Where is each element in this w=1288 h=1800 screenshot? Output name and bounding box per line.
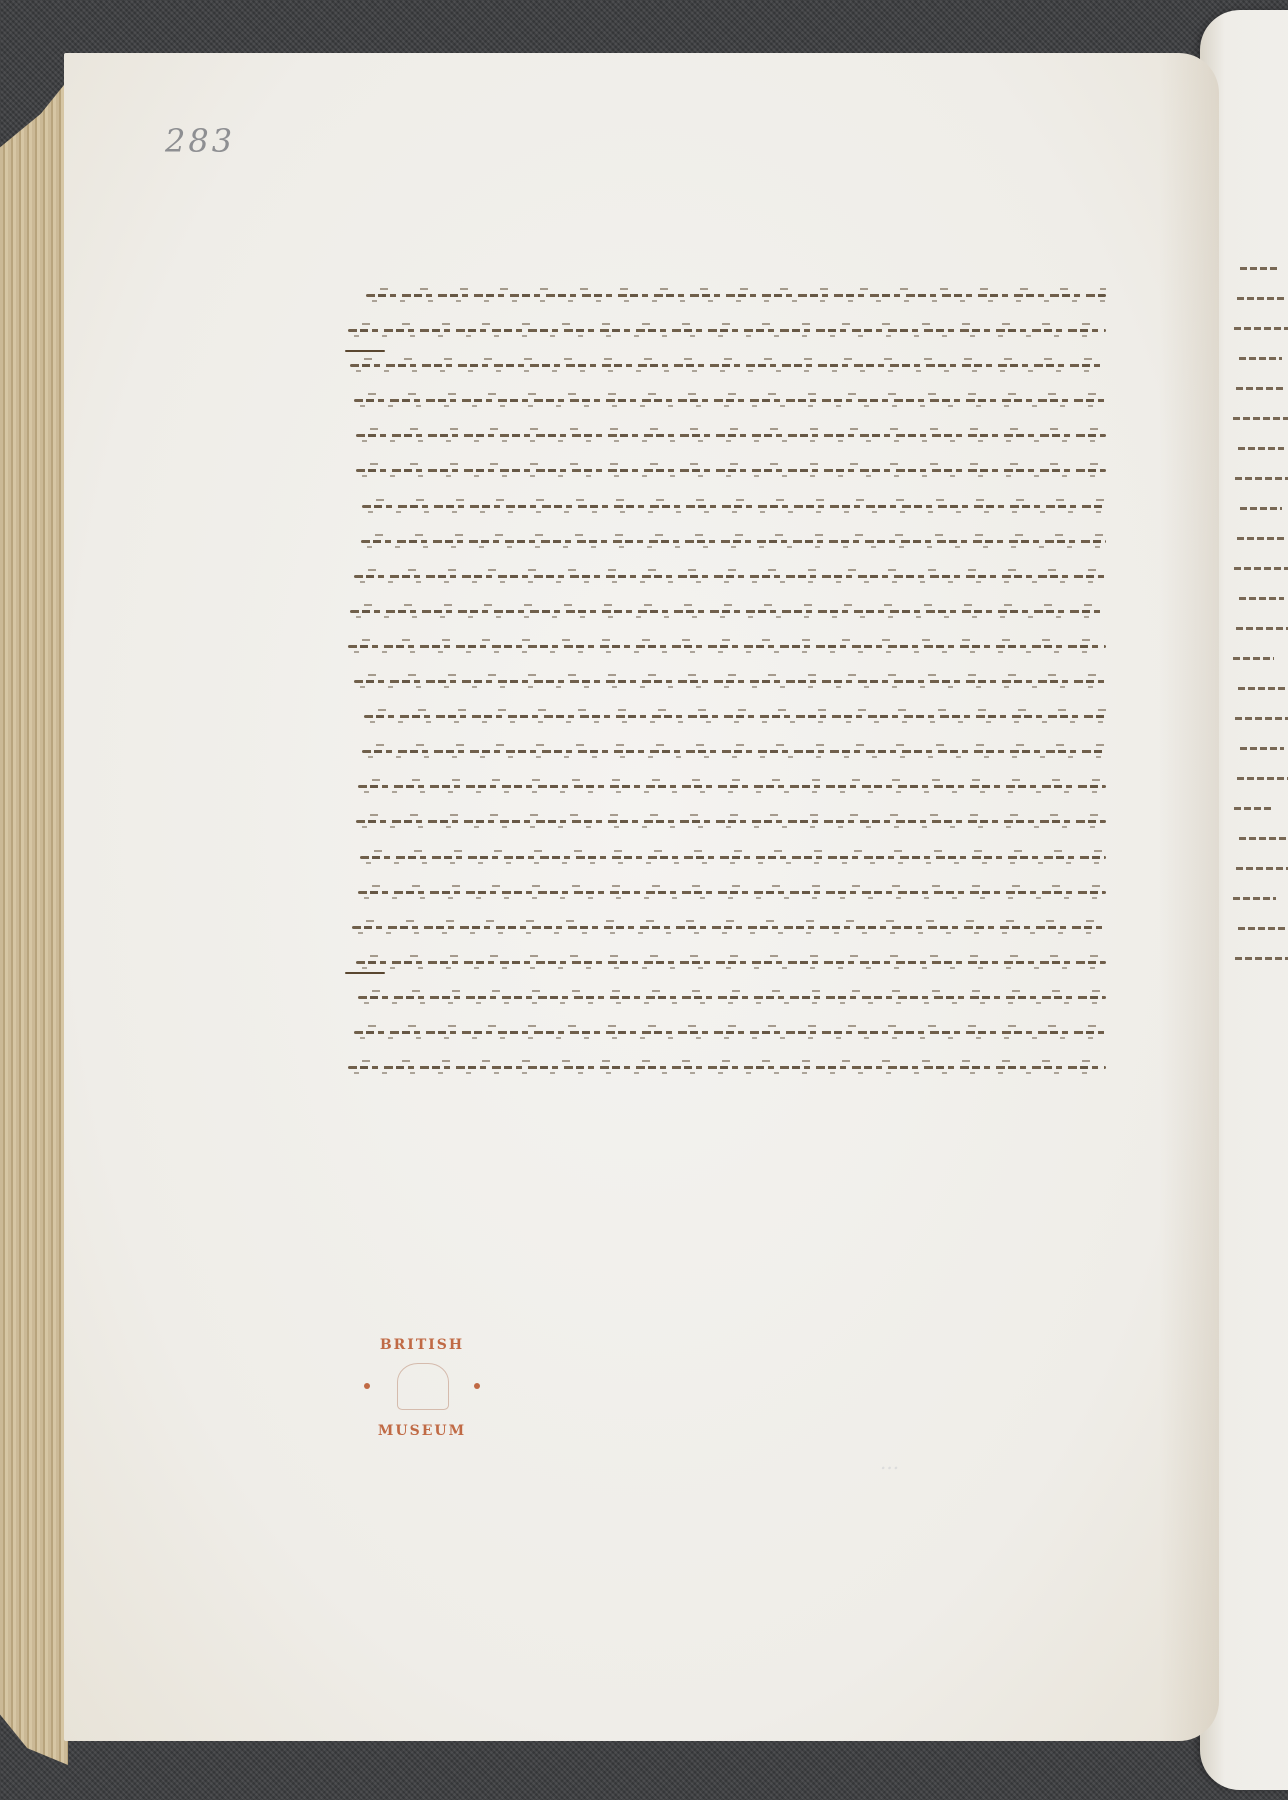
manuscript-line <box>348 420 1106 454</box>
facing-line <box>1230 765 1288 795</box>
manuscript-line <box>348 315 1106 349</box>
handwritten-text <box>1240 507 1282 510</box>
handwritten-text <box>1233 657 1274 660</box>
handwritten-text <box>361 540 1106 543</box>
manuscript-line <box>348 912 1106 946</box>
manuscript-line <box>348 491 1106 525</box>
manuscript-line <box>348 385 1106 419</box>
handwritten-text <box>1234 567 1288 570</box>
facing-line <box>1230 945 1288 975</box>
handwritten-text <box>348 329 1106 332</box>
facing-line <box>1230 405 1288 435</box>
handwritten-text <box>1238 447 1284 450</box>
handwritten-text <box>1240 747 1284 750</box>
facing-line <box>1230 375 1288 405</box>
pencil-note: ... <box>880 1450 899 1474</box>
facing-line <box>1230 315 1288 345</box>
facing-line <box>1230 255 1288 285</box>
handwritten-text <box>1239 837 1286 840</box>
handwritten-text <box>1238 687 1286 690</box>
handwritten-text <box>356 961 1106 964</box>
handwritten-text <box>1235 957 1288 960</box>
handwritten-text <box>1235 477 1288 480</box>
manuscript-line <box>348 842 1106 876</box>
facing-line <box>1230 855 1288 885</box>
facing-line <box>1230 915 1288 945</box>
handwritten-text <box>358 996 1106 999</box>
handwritten-text <box>350 364 1106 367</box>
manuscript-line <box>348 350 1106 384</box>
handwritten-text <box>358 785 1106 788</box>
handwritten-text <box>1236 627 1288 630</box>
handwritten-text <box>1233 417 1288 420</box>
manuscript-line <box>348 947 1106 981</box>
handwritten-text <box>1234 807 1274 810</box>
handwritten-text <box>352 926 1106 929</box>
facing-line <box>1230 495 1288 525</box>
handwritten-text <box>1239 357 1282 360</box>
facing-line <box>1230 615 1288 645</box>
manuscript-line <box>348 1052 1106 1086</box>
manuscript-line <box>348 596 1106 630</box>
stamp-bottom-text: MUSEUM <box>362 1423 482 1439</box>
manuscript-line <box>348 631 1106 665</box>
margin-mark-line2 <box>345 350 385 352</box>
handwritten-text <box>1236 387 1286 390</box>
handwritten-text <box>356 434 1106 437</box>
manuscript-line <box>348 806 1106 840</box>
handwritten-text <box>354 1031 1106 1034</box>
facing-line <box>1230 735 1288 765</box>
handwritten-text <box>362 750 1106 753</box>
manuscript-line <box>348 877 1106 911</box>
facing-line <box>1230 345 1288 375</box>
facing-line <box>1230 675 1288 705</box>
british-museum-stamp: BRITISH MUSEUM <box>362 1333 482 1443</box>
handwritten-text <box>1234 327 1288 330</box>
handwritten-text <box>354 680 1106 683</box>
handwritten-text <box>1238 927 1288 930</box>
facing-line <box>1230 795 1288 825</box>
manuscript-line <box>348 982 1106 1016</box>
handwritten-text <box>1240 267 1280 270</box>
handwritten-text <box>358 891 1106 894</box>
facing-line <box>1230 555 1288 585</box>
handwritten-text <box>356 469 1106 472</box>
handwritten-text <box>1236 867 1288 870</box>
handwritten-text <box>1239 597 1284 600</box>
facing-line <box>1230 525 1288 555</box>
page-stack-edge <box>0 80 68 1765</box>
facing-line <box>1230 825 1288 855</box>
manuscript-line <box>348 701 1106 735</box>
facing-line <box>1230 645 1288 675</box>
handwritten-text <box>1235 717 1288 720</box>
handwritten-text <box>1237 537 1286 540</box>
facing-line <box>1230 465 1288 495</box>
manuscript-line <box>348 771 1106 805</box>
facing-page-text <box>1230 255 1288 975</box>
manuscript-line <box>348 455 1106 489</box>
handwritten-text <box>360 856 1106 859</box>
margin-mark-line20 <box>345 972 385 974</box>
handwritten-text <box>1237 777 1288 780</box>
main-text-block <box>348 280 1106 1087</box>
handwritten-text <box>348 1066 1106 1069</box>
manuscript-line <box>348 666 1106 700</box>
facing-line <box>1230 885 1288 915</box>
handwritten-text <box>356 820 1106 823</box>
stamp-dot-right <box>474 1383 480 1389</box>
handwritten-text <box>362 505 1106 508</box>
handwritten-text <box>354 399 1106 402</box>
manuscript-line <box>348 736 1106 770</box>
manuscript-line <box>348 1017 1106 1051</box>
stamp-dot-left <box>364 1383 370 1389</box>
manuscript-line <box>348 526 1106 560</box>
facing-line <box>1230 435 1288 465</box>
folio-number: 283 <box>165 122 235 160</box>
stamp-top-text: BRITISH <box>362 1337 482 1353</box>
handwritten-text <box>354 575 1106 578</box>
handwritten-text <box>1237 297 1284 300</box>
facing-line <box>1230 585 1288 615</box>
facing-line <box>1230 285 1288 315</box>
crown-icon <box>397 1363 449 1410</box>
handwritten-text <box>348 645 1106 648</box>
handwritten-text <box>366 294 1106 297</box>
handwritten-text <box>1233 897 1276 900</box>
manuscript-line <box>348 561 1106 595</box>
handwritten-text <box>350 610 1106 613</box>
manuscript-line <box>348 280 1106 314</box>
handwritten-text <box>364 715 1106 718</box>
facing-line <box>1230 705 1288 735</box>
